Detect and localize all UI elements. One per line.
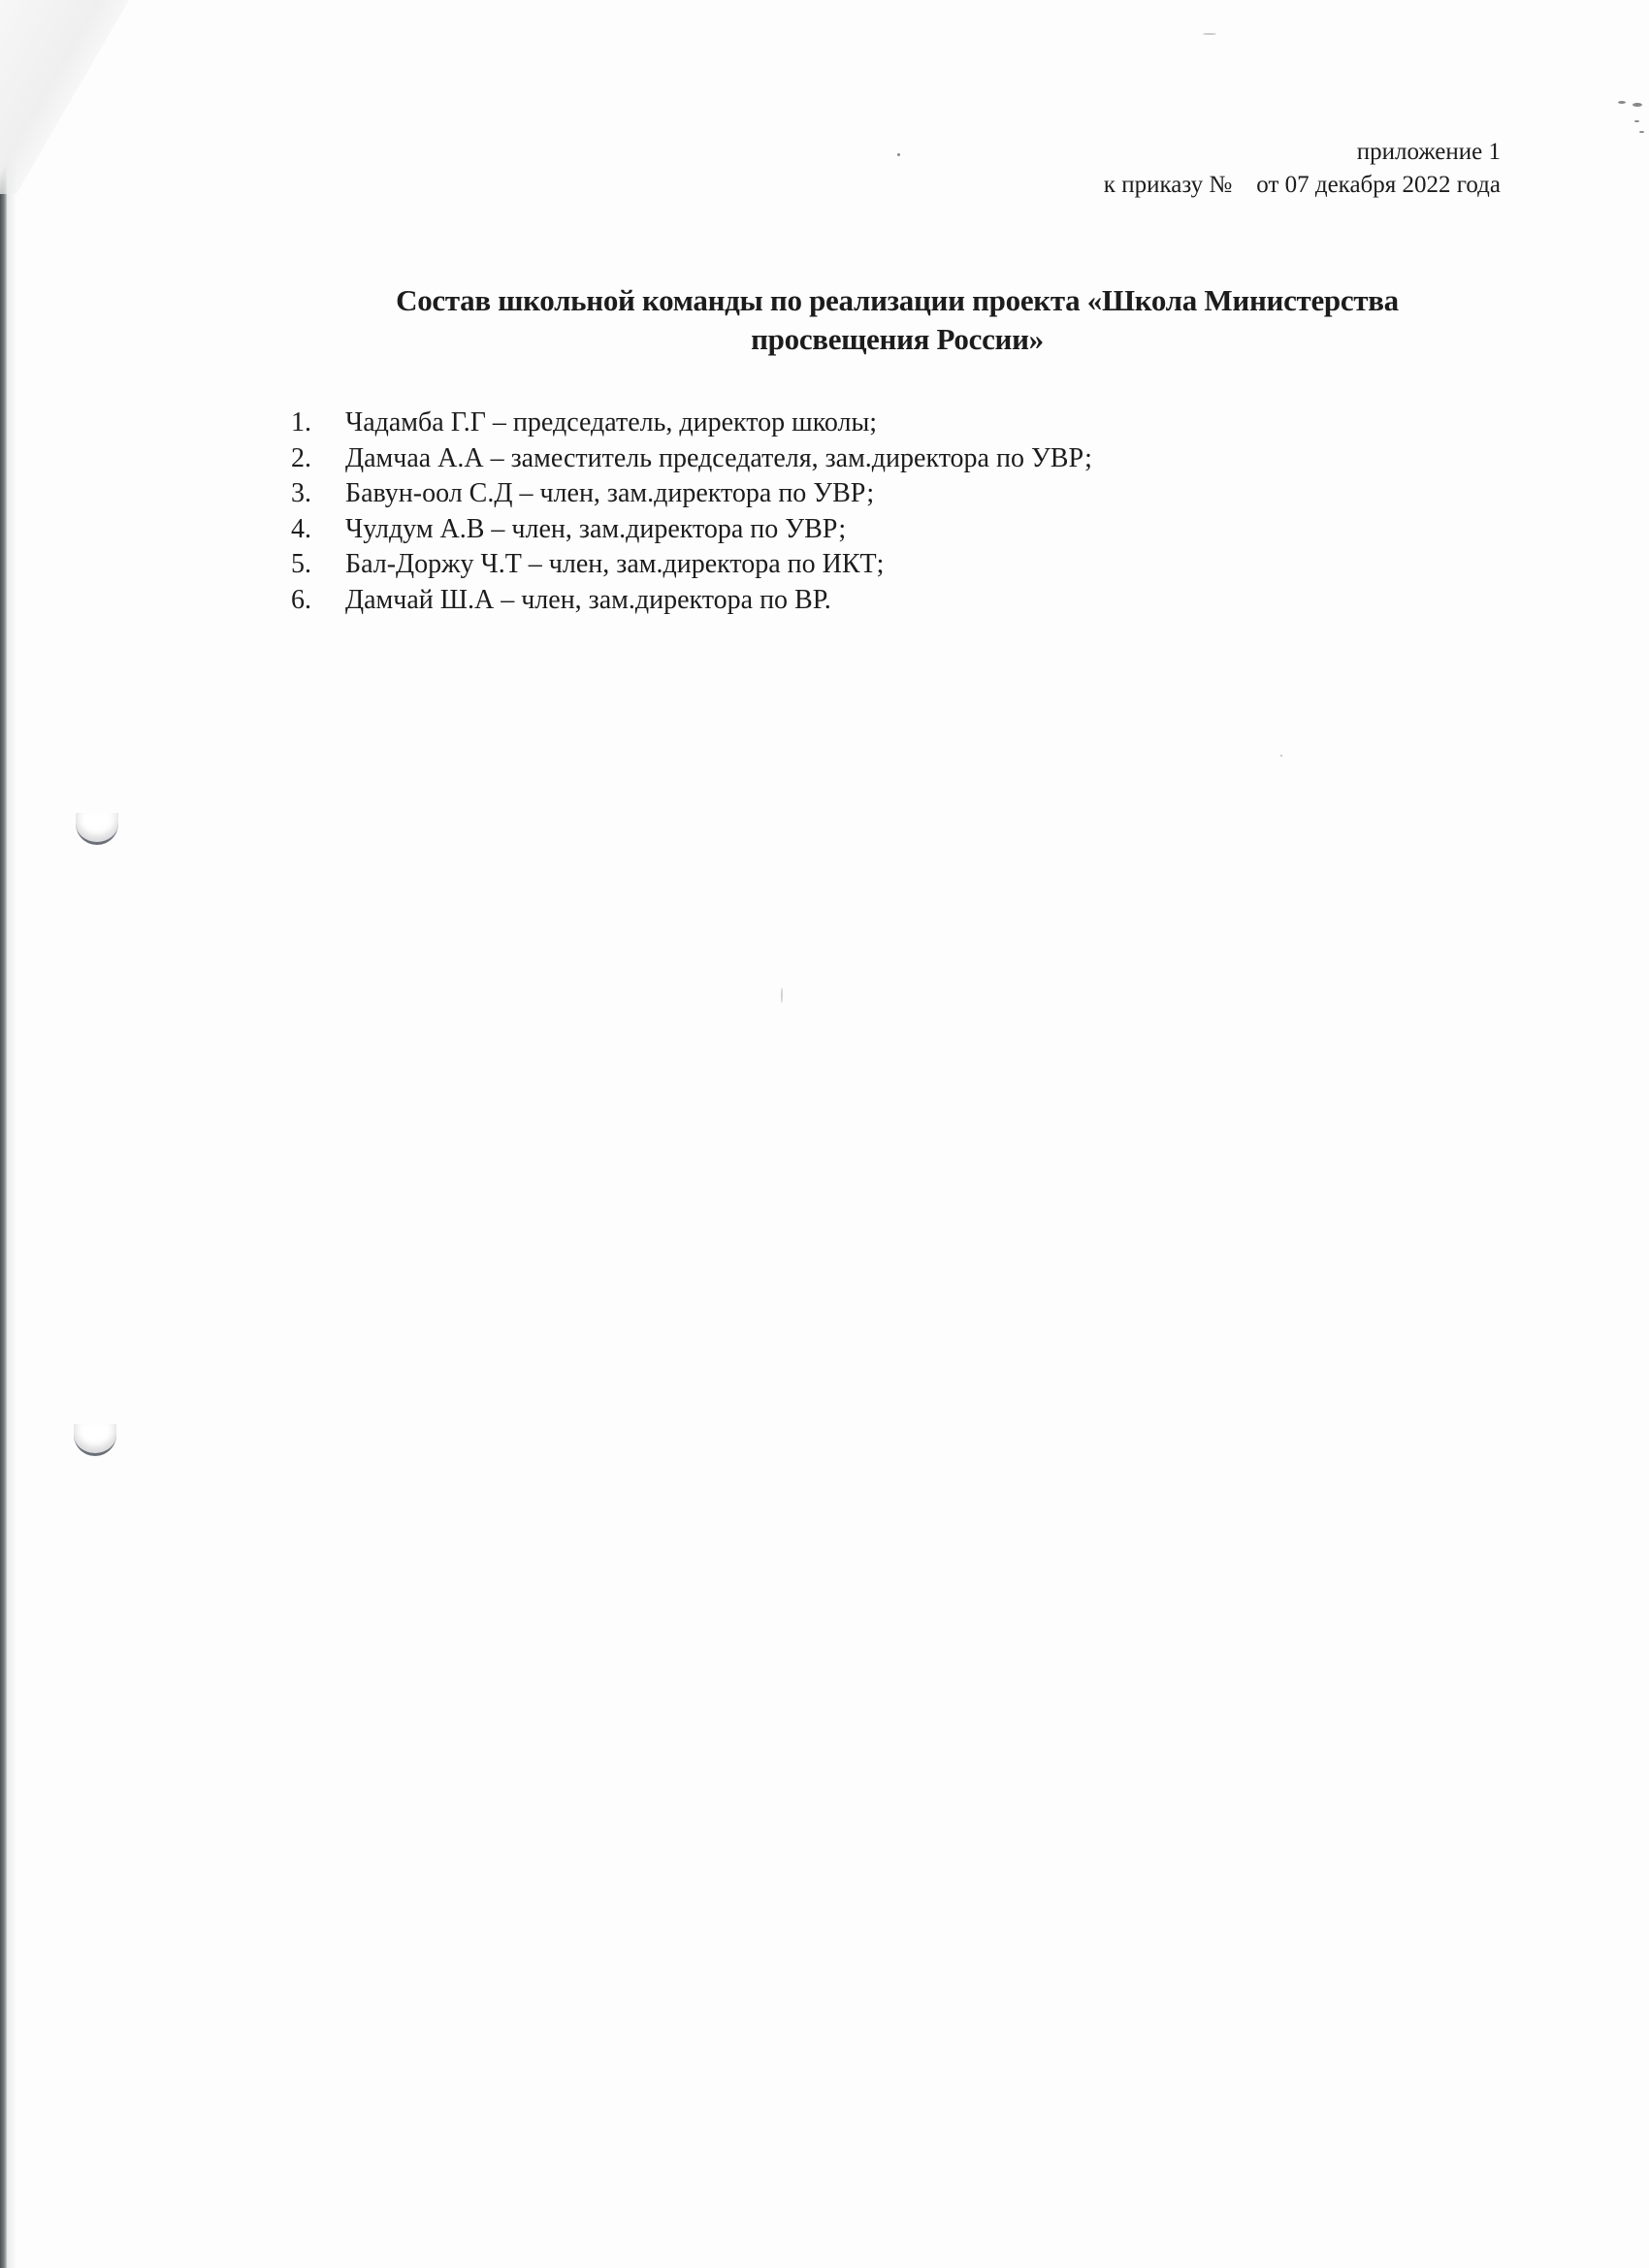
item-number: 4.: [291, 512, 345, 548]
scan-speck: [1633, 103, 1642, 107]
scan-speck: [1634, 120, 1639, 122]
list-item: 4. Чулдум А.В – член, зам.директора по У…: [291, 512, 1092, 548]
title-line-2: просвещения России»: [320, 320, 1474, 359]
scanner-edge: [0, 0, 7, 2268]
item-number: 6.: [291, 583, 345, 619]
folded-corner: [0, 0, 136, 194]
scan-speck: [1639, 131, 1644, 133]
punch-hole-icon: [76, 813, 118, 845]
team-members-list: 1. Чадамба Г.Г – председатель, директор …: [291, 405, 1092, 618]
member-text: Чадамба Г.Г – председатель, директор шко…: [345, 405, 877, 441]
list-item: 3. Бавун-оол С.Д – член, зам.директора п…: [291, 476, 1092, 512]
list-item: 1. Чадамба Г.Г – председатель, директор …: [291, 405, 1092, 441]
item-number: 1.: [291, 405, 345, 441]
list-item: 2. Дамчаа А.А – заместитель председателя…: [291, 441, 1092, 477]
document-title: Состав школьной команды по реализации пр…: [320, 281, 1474, 359]
list-item: 6. Дамчай Ш.А – член, зам.директора по В…: [291, 583, 1092, 619]
member-text: Дамчаа А.А – заместитель председателя, з…: [345, 441, 1092, 477]
member-text: Дамчай Ш.А – член, зам.директора по ВР.: [345, 583, 831, 619]
scan-speck: [1618, 101, 1626, 104]
document-header: приложение 1 к приказу № от 07 декабря 2…: [1104, 136, 1501, 202]
scan-speck: [781, 988, 783, 1003]
order-reference: к приказу № от 07 декабря 2022 года: [1104, 169, 1501, 202]
appendix-label: приложение 1: [1104, 136, 1501, 169]
punch-hole-icon: [74, 1424, 116, 1456]
list-item: 5. Бал-Доржу Ч.Т – член, зам.директора п…: [291, 547, 1092, 583]
scanned-page: приложение 1 к приказу № от 07 декабря 2…: [0, 0, 1649, 2268]
title-line-1: Состав школьной команды по реализации пр…: [320, 281, 1474, 320]
member-text: Бал-Доржу Ч.Т – член, зам.директора по И…: [345, 547, 884, 583]
item-number: 3.: [291, 476, 345, 512]
scan-speck: [897, 153, 900, 156]
member-text: Чулдум А.В – член, зам.директора по УВР;: [345, 512, 846, 548]
member-text: Бавун-оол С.Д – член, зам.директора по У…: [345, 476, 874, 512]
scan-speck: [1280, 755, 1282, 757]
scan-speck: [1203, 33, 1216, 35]
scanner-edge-shadow: [7, 0, 16, 2268]
item-number: 2.: [291, 441, 345, 477]
item-number: 5.: [291, 547, 345, 583]
